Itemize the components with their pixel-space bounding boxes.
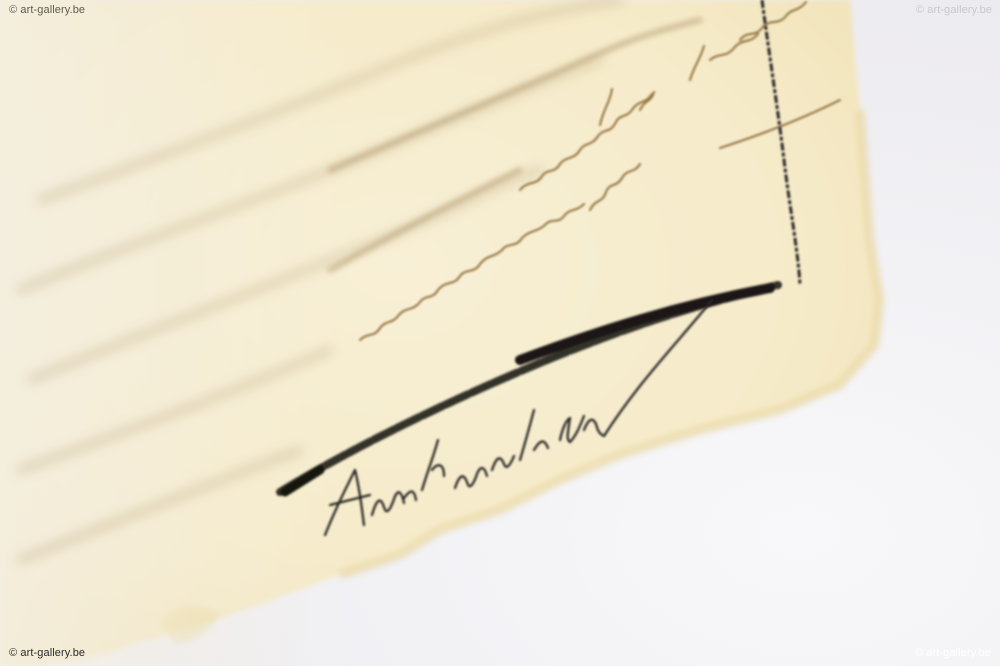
paper-illustration bbox=[0, 0, 1000, 666]
document-photo: © art-gallery.be © art-gallery.be © art-… bbox=[0, 0, 1000, 666]
watermark-bottom-right: © art-gallery.be bbox=[915, 647, 991, 659]
watermark-bottom-left: © art-gallery.be bbox=[9, 647, 85, 659]
watermark-top-right: © art-gallery.be bbox=[916, 4, 992, 16]
watermark-top-left: © art-gallery.be bbox=[9, 4, 85, 16]
